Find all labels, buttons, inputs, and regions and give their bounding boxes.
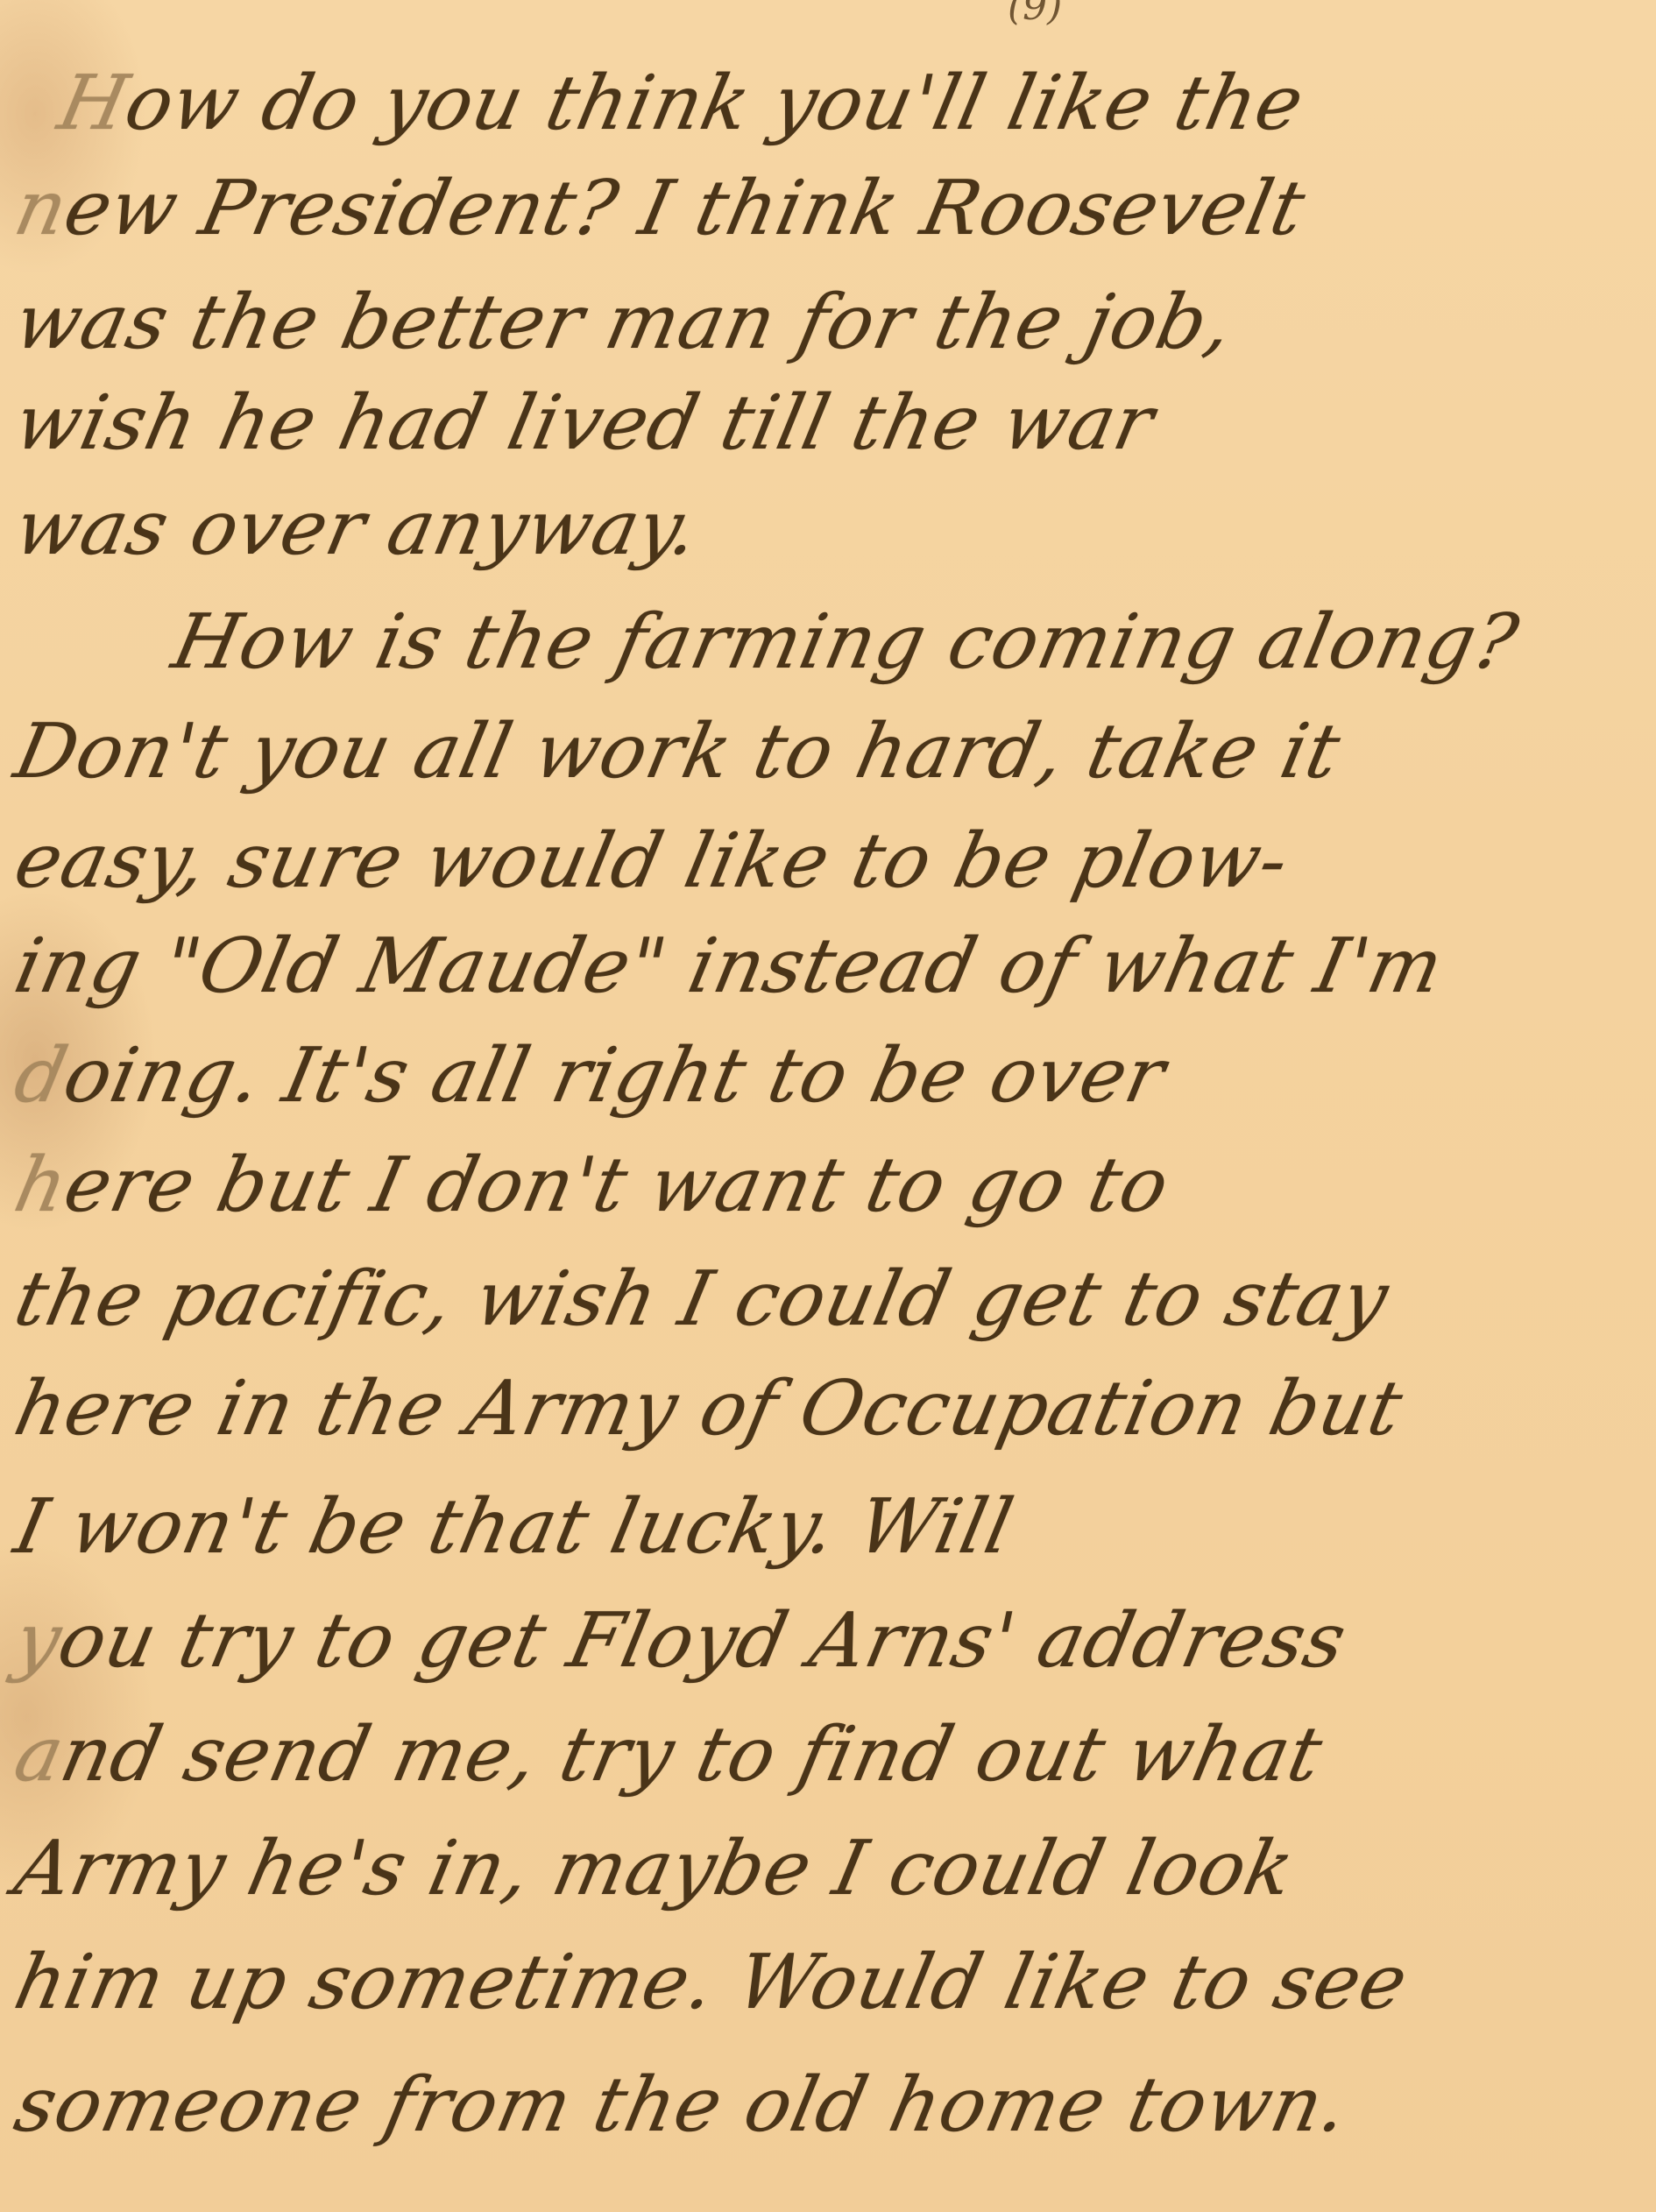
text-line-7: Don't you all work to hard, take it <box>9 714 1347 789</box>
text-line-9: ing "Old Maude" instead of what I'm <box>9 929 1449 1004</box>
text-line-14: I won't be that lucky. Will <box>9 1489 1020 1565</box>
text-line-15: you try to get Floyd Arns' address <box>9 1603 1353 1678</box>
letter-page: (9) How do you think you'll like the new… <box>0 0 1656 2212</box>
text-line-1: How do you think you'll like the <box>53 66 1310 141</box>
text-line-6: How is the farming coming along? <box>166 604 1525 680</box>
text-line-5: was over anyway. <box>9 491 705 566</box>
text-line-16: and send me, try to find out what <box>9 1717 1329 1792</box>
text-line-4: wish he had lived till the war <box>9 385 1160 461</box>
text-line-18: him up sometime. Would like to see <box>9 1945 1414 2020</box>
page-number: (9) <box>1008 0 1062 29</box>
text-line-12: the pacific, wish I could get to stay <box>9 1261 1395 1337</box>
text-line-11: here but I don't want to go to <box>9 1148 1176 1223</box>
text-line-8: easy, sure would like to be plow- <box>9 823 1295 899</box>
text-line-2: new President? I think Roosevelt <box>9 171 1312 246</box>
text-line-3: was the better man for the job, <box>9 285 1240 360</box>
text-line-13: here in the Army of Occupation but <box>9 1371 1409 1446</box>
text-line-17: Army he's in, maybe I could look <box>9 1831 1300 1906</box>
text-line-19: someone from the old home town. <box>9 2067 1355 2143</box>
text-line-10: doing. It's all right to be over <box>9 1038 1171 1113</box>
